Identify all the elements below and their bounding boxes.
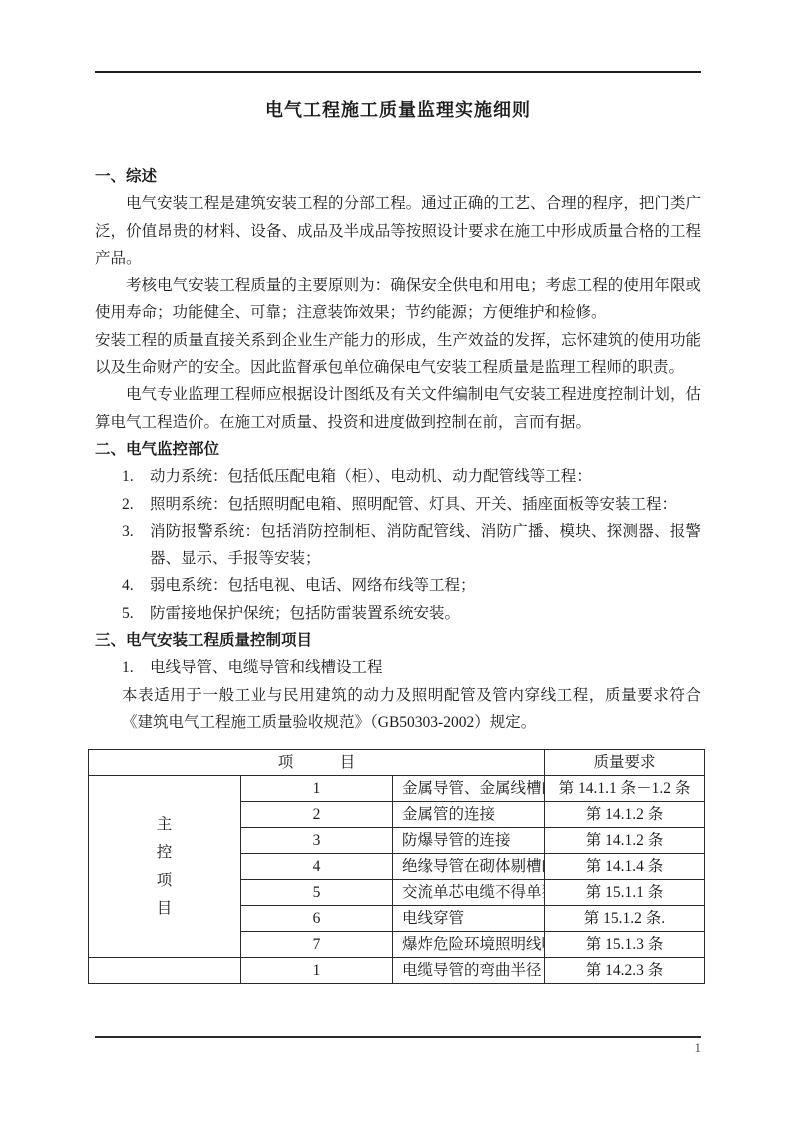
row-requirement-cell: 第 14.1.4 条 [545,854,705,880]
document-title: 电气工程施工质量监理实施细则 [95,96,701,122]
row-number-cell: 1 [241,958,393,984]
list-item-number: 2. [122,491,150,518]
row-requirement-cell: 第 14.1.2 条 [545,828,705,854]
document-page: 电气工程施工质量监理实施细则 一、综述 电气安装工程是建筑安装工程的分部工程。通… [0,0,793,1122]
table-header-requirement: 质量要求 [545,750,705,776]
list-item-number: 3. [122,518,150,573]
table-group-cell-main-control: 主 控 项 目 [89,776,241,958]
group-label-char: 控 [157,844,173,861]
page-number: 1 [95,1040,701,1056]
row-item-cell: 交流单芯电缆不得单独穿于钢导管中 [393,880,545,906]
list-item-number: 5. [122,600,150,627]
group-label-char: 目 [157,900,173,917]
list-item-number: 1. [122,463,150,490]
row-number-cell: 6 [241,906,393,932]
quality-control-table: 项 目 质量要求 主 控 项 目 1 金属导管、金属线槽的接地或接零 第 [88,749,705,984]
row-number-cell: 7 [241,932,393,958]
list-item-text: 动力系统：包括低压配电箱（柜）、电动机、动力配管线等工程： [150,463,701,490]
list-item-text: 电线导管、电缆导管和线槽设工程 [150,654,701,681]
list-item-text: 照明系统：包括照明配电箱、照明配管、灯具、开关、插座面板等安装工程： [150,491,701,518]
row-requirement-cell: 第 14.2.3 条 [545,958,705,984]
list-item-text: 弱电系统：包括电视、电话、网络布线等工程； [150,572,701,599]
monitoring-list: 1. 动力系统：包括低压配电箱（柜）、电动机、动力配管线等工程： 2. 照明系统… [95,463,701,627]
list-item-number: 4. [122,572,150,599]
section-heading-control: 三、电气安装工程质量控制项目 [95,627,701,654]
list-item-number: 1. [122,654,150,681]
row-requirement-cell: 第 14.1.1 条－1.2 条 [545,776,705,802]
row-number-cell: 2 [241,802,393,828]
row-requirement-cell: 第 15.1.2 条. [545,906,705,932]
row-item-cell: 爆炸危险环境照明线噌的电线、电缆选用和穿管 [393,932,545,958]
row-item-cell: 电缆导管的弯曲半径 [393,958,545,984]
table-header-row: 项 目 质量要求 [89,750,705,776]
row-requirement-cell: 第 14.1.2 条 [545,802,705,828]
group-label-char: 主 [157,816,173,833]
row-number-cell: 1 [241,776,393,802]
document-body: 一、综述 电气安装工程是建筑安装工程的分部工程。通过正确的工艺、合理的程序，把门… [95,163,701,984]
table-group-cell-empty [89,958,241,984]
list-item-text: 防雷接地保护保统；包括防雷装置系统安装。 [150,600,701,627]
table-row: 主 控 项 目 1 金属导管、金属线槽的接地或接零 第 14.1.1 条－1.2… [89,776,705,802]
row-item-cell: 防爆导管的连接 [393,828,545,854]
page-content: 电气工程施工质量监理实施细则 一、综述 电气安装工程是建筑安装工程的分部工程。通… [95,86,701,984]
paragraph-overview-3: 安装工程的质量直接关系到企业生产能力的形成，生产效益的发挥，忘怀建筑的使用功能以… [95,327,701,382]
list-item: 5. 防雷接地保护保统；包括防雷装置系统安装。 [122,600,701,627]
row-requirement-cell: 第 15.1.3 条 [545,932,705,958]
row-item-cell: 绝缘导管在砌体剔槽的埋设 [393,854,545,880]
table-header-item: 项 目 [89,750,545,776]
row-number-cell: 4 [241,854,393,880]
table-row: 1 电缆导管的弯曲半径 第 14.2.3 条 [89,958,705,984]
list-item: 2. 照明系统：包括照明配电箱、照明配管、灯具、开关、插座面板等安装工程： [122,491,701,518]
row-item-cell: 电线穿管 [393,906,545,932]
header-rule [95,71,701,73]
row-number-cell: 3 [241,828,393,854]
footer-rule [95,1036,701,1038]
list-item: 1. 动力系统：包括低压配电箱（柜）、电动机、动力配管线等工程： [122,463,701,490]
list-item: 4. 弱电系统：包括电视、电话、网络布线等工程； [122,572,701,599]
paragraph-overview-4: 电气专业监理工程师应根据设计图纸及有关文件编制电气安装工程进度控制计划，估算电气… [95,381,701,436]
group-label-char: 项 [157,872,173,889]
row-requirement-cell: 第 15.1.1 条 [545,880,705,906]
row-item-cell: 金属管的连接 [393,802,545,828]
paragraph-overview-1: 电气安装工程是建筑安装工程的分部工程。通过正确的工艺、合理的程序，把门类广泛，价… [95,190,701,272]
list-item-text: 消防报警系统：包括消防控制柜、消防配管线、消防广播、模块、探测器、报警器、显示、… [150,518,701,573]
table-applicability-note: 本表适用于一般工业与民用建筑的动力及照明配管及管内穿线工程，质量要求符合《建筑电… [122,682,701,737]
row-number-cell: 5 [241,880,393,906]
list-item: 3. 消防报警系统：包括消防控制柜、消防配管线、消防广播、模块、探测器、报警器、… [122,518,701,573]
row-item-cell: 金属导管、金属线槽的接地或接零 [393,776,545,802]
paragraph-overview-2: 考核电气安装工程质量的主要原则为：确保安全供电和用电；考虑工程的使用年限或使用寿… [95,272,701,327]
section-heading-monitoring: 二、电气监控部位 [95,436,701,463]
control-sub-item: 1. 电线导管、电缆导管和线槽设工程 [122,654,701,681]
section-heading-overview: 一、综述 [95,163,701,190]
group-label-vertical: 主 控 项 目 [89,816,240,917]
